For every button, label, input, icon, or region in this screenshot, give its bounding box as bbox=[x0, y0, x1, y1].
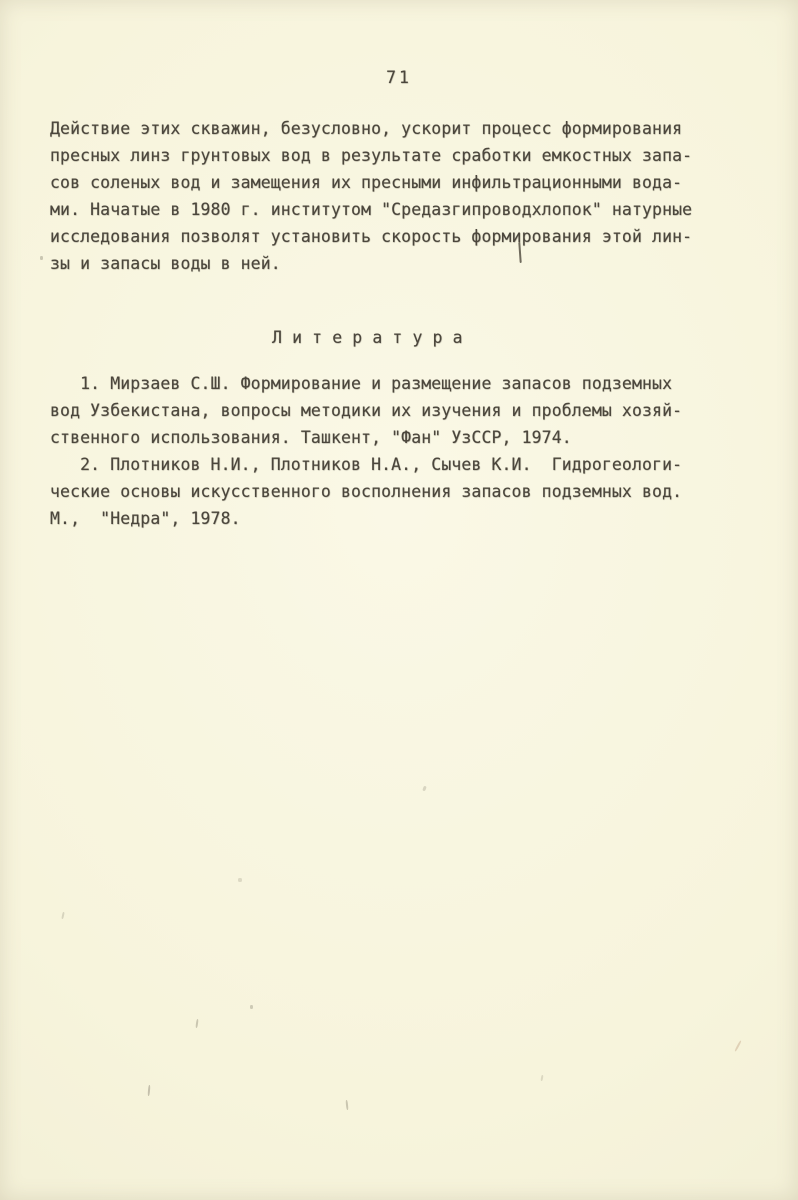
literature-section: 1. Мирзаев С.Ш. Формирование и размещени… bbox=[0, 370, 798, 532]
text-line: зы и запасы воды в ней. bbox=[50, 250, 798, 277]
literature-heading: Л и т е р а т у р а bbox=[0, 324, 798, 351]
scan-speck bbox=[734, 1040, 741, 1052]
reference-line: вод Узбекистана, вопросы методики их изу… bbox=[50, 397, 798, 424]
scan-speck bbox=[422, 786, 427, 792]
scanned-document-page: 71 Действие этих скважин, безусловно, ус… bbox=[0, 0, 798, 1200]
page-number: 71 bbox=[0, 64, 798, 91]
scan-speck bbox=[238, 878, 242, 882]
text-line: ми. Начатые в 1980 г. институтом "Средаз… bbox=[50, 196, 798, 223]
scan-speck bbox=[250, 1005, 253, 1009]
text-line: исследования позволят установить скорост… bbox=[50, 223, 798, 250]
scan-speck bbox=[148, 1085, 151, 1096]
scan-speck bbox=[345, 1100, 348, 1110]
text-line: пресных линз грунтовых вод в результате … bbox=[50, 142, 798, 169]
reference-line: ческие основы искусственного восполнения… bbox=[50, 478, 798, 505]
scan-speck bbox=[61, 912, 64, 919]
reference-line: М., "Недра", 1978. bbox=[50, 505, 798, 532]
scan-speck bbox=[540, 1075, 543, 1081]
reference-line: 1. Мирзаев С.Ш. Формирование и размещени… bbox=[50, 370, 798, 397]
text-line: сов соленых вод и замещения их пресными … bbox=[50, 169, 798, 196]
main-paragraph: Действие этих скважин, безусловно, ускор… bbox=[0, 115, 798, 277]
reference-line: 2. Плотников Н.И., Плотников Н.А., Сычев… bbox=[50, 451, 798, 478]
text-line: Действие этих скважин, безусловно, ускор… bbox=[50, 115, 798, 142]
scan-speck bbox=[195, 1019, 198, 1028]
reference-line: ственного использования. Ташкент, "Фан" … bbox=[50, 424, 798, 451]
scan-speck bbox=[40, 256, 43, 260]
